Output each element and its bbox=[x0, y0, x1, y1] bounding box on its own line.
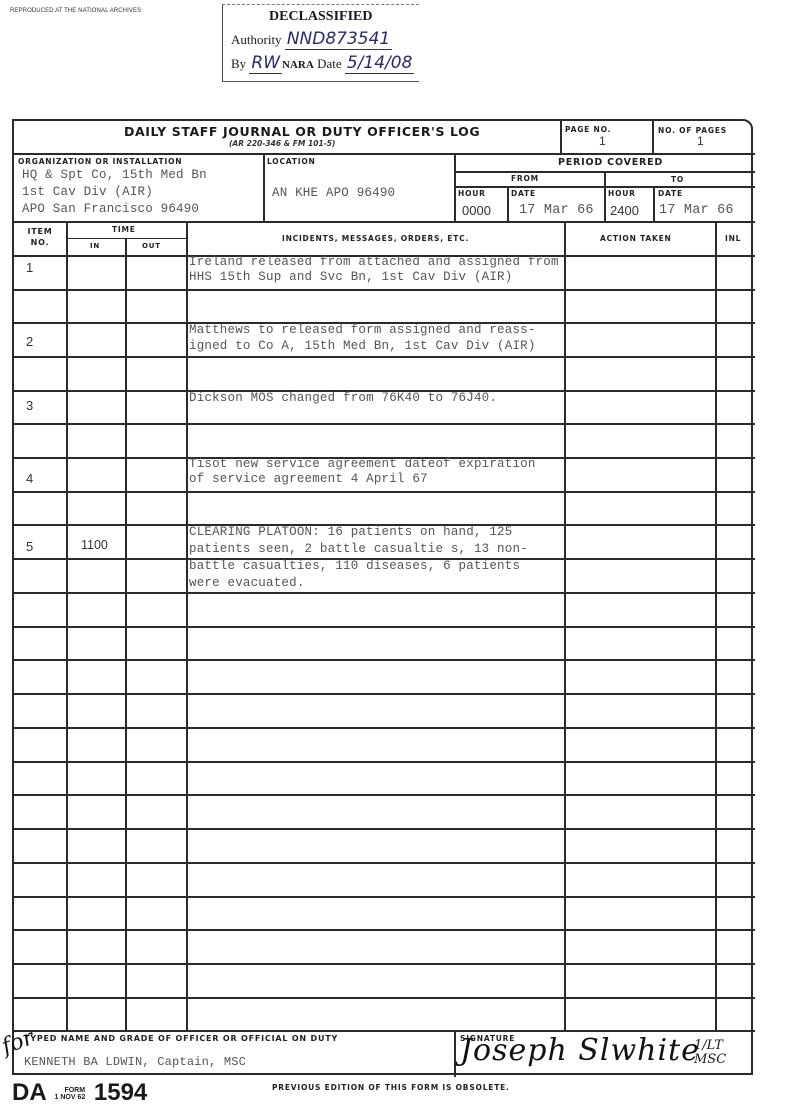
entry-5-line-1: CLEARING PLATOON: 16 patients on hand, 1… bbox=[189, 525, 512, 539]
period-covered-label: PERIOD COVERED bbox=[558, 157, 663, 168]
header-incidents: INCIDENTS, MESSAGES, ORDERS, ETC. bbox=[282, 234, 469, 243]
entry-1-line-2: HHS 15th Sup and Svc Bn, 1st Cav Div (AI… bbox=[189, 270, 512, 284]
signature-grade: 1/LT MSC bbox=[694, 1039, 724, 1067]
to-date-label: DATE bbox=[658, 189, 683, 198]
duty-officer-log-form: DAILY STAFF JOURNAL OR DUTY OFFICER'S LO… bbox=[12, 119, 753, 1075]
form-number-block: DA FORM 1 NOV 62 1594 bbox=[12, 1079, 147, 1107]
to-hour-label: HOUR bbox=[608, 189, 636, 198]
to-date-value: 17 Mar 66 bbox=[659, 203, 734, 218]
stamp-authority-value: NND873541 bbox=[285, 29, 392, 50]
entry-5-line-2: patients seen, 2 battle casualtie s, 13 … bbox=[189, 542, 528, 556]
page-no-label: PAGE NO. bbox=[565, 125, 611, 134]
no-of-pages-label: NO. OF PAGES bbox=[658, 126, 727, 135]
header-time: TIME bbox=[112, 225, 136, 234]
entry-1-line-1: Ireland released from attached and assig… bbox=[189, 255, 559, 269]
stamp-authority-label: Authority bbox=[231, 32, 282, 47]
organization-line-1: HQ & Spt Co, 15th Med Bn bbox=[22, 168, 207, 182]
to-hour-value: 2400 bbox=[610, 203, 639, 218]
obsolete-note: PREVIOUS EDITION OF THIS FORM IS OBSOLET… bbox=[272, 1083, 510, 1092]
entry-1-item: 1 bbox=[26, 260, 33, 275]
entry-5-time-in: 1100 bbox=[81, 538, 108, 552]
from-hour-value: 0000 bbox=[462, 203, 491, 218]
entry-4-item: 4 bbox=[26, 471, 33, 486]
archive-note: REPRODUCED AT THE NATIONAL ARCHIVES bbox=[10, 8, 141, 14]
officer-name-label: TYPED NAME AND GRADE OF OFFICER OR OFFIC… bbox=[24, 1034, 338, 1043]
form-edition-day: 1 bbox=[54, 1094, 58, 1101]
stamp-by-value: RW bbox=[249, 53, 282, 74]
organization-line-3: APO San Francisco 96490 bbox=[22, 202, 199, 216]
from-date-value: 17 Mar 66 bbox=[519, 203, 594, 218]
header-out: OUT bbox=[142, 242, 161, 250]
entry-2-line-1: Matthews to released form assigned and r… bbox=[189, 323, 536, 337]
header-item-label: ITEM NO. bbox=[25, 226, 55, 248]
entry-5-line-4: were evacuated. bbox=[189, 576, 305, 590]
from-date-label: DATE bbox=[511, 189, 536, 198]
declassification-stamp: DECLASSIFIED Authority NND873541 By RWNA… bbox=[222, 4, 419, 82]
no-of-pages-value: 1 bbox=[697, 134, 704, 148]
form-edition: NOV 62 bbox=[60, 1094, 85, 1101]
form-word: FORM bbox=[64, 1087, 85, 1094]
entry-2-item: 2 bbox=[26, 334, 33, 349]
from-hour-label: HOUR bbox=[458, 189, 486, 198]
period-from-label: FROM bbox=[511, 174, 539, 183]
header-inl: INL bbox=[725, 234, 741, 243]
signature-value: Joseph Slwhite bbox=[460, 1033, 700, 1068]
officer-name-value: KENNETH BA LDWIN, Captain, MSC bbox=[24, 1055, 246, 1069]
location-label: LOCATION bbox=[267, 157, 316, 166]
stamp-authority-line: Authority NND873541 bbox=[231, 29, 392, 49]
stamp-agency: NARA bbox=[282, 59, 314, 71]
form-subtitle: (AR 220-346 & FM 101-5) bbox=[229, 139, 335, 148]
entry-2-line-2: igned to Co A, 15th Med Bn, 1st Cav Div … bbox=[189, 339, 536, 353]
period-to-label: TO bbox=[671, 175, 684, 184]
organization-line-2: 1st Cav Div (AIR) bbox=[22, 185, 153, 199]
entry-4-line-1: Tisot new service agreement dateof expir… bbox=[189, 457, 536, 471]
form-title: DAILY STAFF JOURNAL OR DUTY OFFICER'S LO… bbox=[124, 124, 480, 139]
form-number: 1594 bbox=[94, 1079, 147, 1106]
page-no-value: 1 bbox=[599, 134, 606, 148]
entry-5-item: 5 bbox=[26, 539, 33, 554]
location-value: AN KHE APO 96490 bbox=[272, 186, 395, 200]
header-in: IN bbox=[90, 242, 100, 250]
stamp-date-label: Date bbox=[317, 56, 342, 71]
organization-label: ORGANIZATION OR INSTALLATION bbox=[18, 157, 182, 166]
stamp-title: DECLASSIFIED bbox=[269, 9, 372, 25]
stamp-date-value: 5/14/08 bbox=[345, 53, 415, 74]
form-prefix: DA bbox=[12, 1079, 46, 1106]
entry-5-line-3: battle casualties, 110 diseases, 6 patie… bbox=[189, 559, 520, 573]
header-item: ITEM NO. bbox=[25, 226, 55, 248]
entry-4-line-2: of service agreement 4 April 67 bbox=[189, 472, 428, 486]
entry-3-item: 3 bbox=[26, 398, 33, 413]
stamp-by-line: By RWNARA Date 5/14/08 bbox=[231, 53, 414, 73]
header-action-taken: ACTION TAKEN bbox=[600, 234, 672, 243]
entry-3-line-1: Dickson MOS changed from 76K40 to 76J40. bbox=[189, 391, 497, 405]
stamp-by-label: By bbox=[231, 56, 246, 71]
